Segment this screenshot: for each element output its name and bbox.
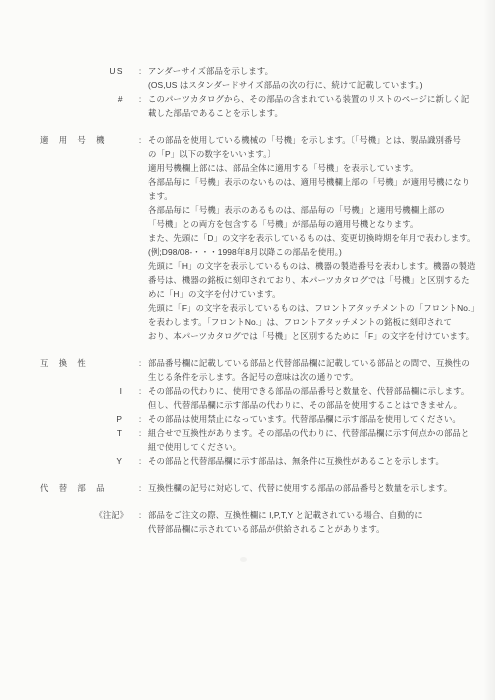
text-line: 部品番号欄に記載している部品と代替部品欄に記載している部品との間で、互換性の: [148, 356, 470, 370]
text-line: 代替部品欄に示されている部品が供給されることがあります。: [148, 522, 470, 536]
colon-separator: :: [132, 92, 148, 106]
text-line: 各部品毎に「号機」表示のないものは、適用号機欄上部の「号機」が適用号機になり: [148, 175, 470, 189]
text-line: 部品をご注文の際、互換性欄に I,P,T,Y と記載されている場合、自動的に: [148, 508, 470, 522]
text-line: 生じる条件を示します。各記号の意味は次の通りです。: [148, 370, 470, 384]
definition-row-code-y: Y : その部品と代替部品欄に示す部品は、無条件に互換性があることを示します。: [0, 454, 495, 468]
text-line: 組合せで互換性があります。その部品の代わりに、代替部品欄に示す何点かの部品と: [148, 426, 470, 440]
text-line: このパーツカタログから、その部品の含まれている装置のリストのページに新しく記: [148, 92, 470, 106]
term-label: Y: [40, 454, 132, 468]
scan-artifact: [240, 557, 247, 562]
text-line: その部品を使用している機械の「号機」を示します。〔「号機」とは、製品識別番号: [148, 133, 470, 147]
document-content: US : アンダーサイズ部品を示します。 (OS,US はスタンダードサイズ部品…: [0, 64, 495, 536]
term-label: I: [40, 384, 132, 398]
definition-row-code-t: T : 組合せで互換性があります。その部品の代わりに、代替部品欄に示す何点かの部…: [0, 426, 495, 454]
definition-row-note: 《注記》 : 部品をご注文の際、互換性欄に I,P,T,Y と記載されている場合…: [0, 508, 495, 536]
text-line: ます。: [148, 189, 470, 203]
text-line: (OS,US はスタンダードサイズ部品の次の行に、続けて記載しています。): [148, 78, 470, 92]
text-line: 載した部品であることを示します。: [148, 106, 470, 120]
text-line: おり、本パーツカタログでは「号機」と区別するために「F」の文字を付けています。: [148, 329, 470, 343]
term-label: P: [40, 412, 132, 426]
definition-row-interchangeability: 互 換 性 : 部品番号欄に記載している部品と代替部品欄に記載している部品との間…: [0, 356, 495, 384]
colon-separator: :: [132, 412, 148, 426]
text-line: 番号は、機器の銘板に刻印されており、本パーツカタログでは「号機」と区別するた: [148, 273, 470, 287]
term-label: T: [40, 426, 132, 440]
text-line: アンダーサイズ部品を示します。: [148, 64, 470, 78]
term-label: 適 用 号 機: [40, 133, 132, 147]
term-label: US: [40, 64, 132, 78]
scanned-document-page: US : アンダーサイズ部品を示します。 (OS,US はスタンダードサイズ部品…: [0, 0, 495, 700]
definition-text: このパーツカタログから、その部品の含まれている装置のリストのページに新しく記 載…: [148, 92, 470, 120]
colon-separator: :: [132, 454, 148, 468]
text-line: (例;D98/08-・・・1998年8月以降この部品を使用。): [148, 245, 470, 259]
text-line: 「号機」との両方を包含する「号機」が部品毎の適用号機となります。: [148, 217, 470, 231]
definition-text: 部品番号欄に記載している部品と代替部品欄に記載している部品との間で、互換性の 生…: [148, 356, 470, 384]
definition-row-code-i: I : その部品の代わりに、使用できる部品の部品番号と数量を、代替部品欄に示しま…: [0, 384, 495, 412]
text-line: その部品は使用禁止になっています。代替部品欄に示す部品を使用してください。: [148, 412, 470, 426]
definition-text: その部品と代替部品欄に示す部品は、無条件に互換性があることを示します。: [148, 454, 470, 468]
colon-separator: :: [132, 384, 148, 398]
definition-row-substitute-parts: 代 替 部 品 : 互換性欄の記号に対応して、代替に使用する部品の部品番号と数量…: [0, 481, 495, 495]
definition-text: 部品をご注文の際、互換性欄に I,P,T,Y と記載されている場合、自動的に 代…: [148, 508, 470, 536]
text-line: 適用号機欄上部には、部品全体に適用する「号機」を表示しています。: [148, 161, 470, 175]
text-line: 組で使用してください。: [148, 440, 470, 454]
colon-separator: :: [132, 64, 148, 78]
text-line: を表わします。「フロントNo.」は、フロントアタッチメントの銘板に刻印されて: [148, 315, 470, 329]
term-label: #: [40, 92, 132, 106]
text-line: めに「H」の文字を付けています。: [148, 287, 470, 301]
text-line: 互換性欄の記号に対応して、代替に使用する部品の部品番号と数量を示します。: [148, 481, 470, 495]
text-line: 但し、代替部品欄に示す部品の代わりに、その部品を使用することはできません。: [148, 398, 470, 412]
definition-text: 互換性欄の記号に対応して、代替に使用する部品の部品番号と数量を示します。: [148, 481, 470, 495]
colon-separator: :: [132, 426, 148, 440]
definition-text: アンダーサイズ部品を示します。 (OS,US はスタンダードサイズ部品の次の行に…: [148, 64, 470, 92]
definition-row-us: US : アンダーサイズ部品を示します。 (OS,US はスタンダードサイズ部品…: [0, 64, 495, 92]
definition-row-code-p: P : その部品は使用禁止になっています。代替部品欄に示す部品を使用してください…: [0, 412, 495, 426]
colon-separator: :: [132, 356, 148, 370]
term-label: 《注記》: [40, 508, 132, 522]
text-line: 先頭に「F」の文字を表示しているものは、フロントアタッチメントの「フロントNo.…: [148, 301, 470, 315]
text-line: の「P」以下の数字をいいます。〕: [148, 147, 470, 161]
definition-row-applicable-serial: 適 用 号 機 : その部品を使用している機械の「号機」を示します。〔「号機」と…: [0, 133, 495, 343]
text-line: 先頭に「H」の文字を表示しているものは、機器の製造番号を表わします。機器の製造: [148, 259, 470, 273]
colon-separator: :: [132, 508, 148, 522]
colon-separator: :: [132, 133, 148, 147]
definition-text: その部品を使用している機械の「号機」を示します。〔「号機」とは、製品識別番号 の…: [148, 133, 470, 343]
text-line: その部品の代わりに、使用できる部品の部品番号と数量を、代替部品欄に示します。: [148, 384, 470, 398]
definition-row-hash: # : このパーツカタログから、その部品の含まれている装置のリストのページに新し…: [0, 92, 495, 120]
term-label: 代 替 部 品: [40, 481, 132, 495]
term-label: 互 換 性: [40, 356, 132, 370]
definition-text: 組合せで互換性があります。その部品の代わりに、代替部品欄に示す何点かの部品と 組…: [148, 426, 470, 454]
text-line: その部品と代替部品欄に示す部品は、無条件に互換性があることを示します。: [148, 454, 470, 468]
text-line: 各部品毎に「号機」表示のあるものは、部品毎の「号機」と適用号機欄上部の: [148, 203, 470, 217]
colon-separator: :: [132, 481, 148, 495]
definition-text: その部品は使用禁止になっています。代替部品欄に示す部品を使用してください。: [148, 412, 470, 426]
text-line: また、先頭に「D」の文字を表示しているものは、変更切換時期を年月で表わします。: [148, 231, 470, 245]
definition-text: その部品の代わりに、使用できる部品の部品番号と数量を、代替部品欄に示します。 但…: [148, 384, 470, 412]
